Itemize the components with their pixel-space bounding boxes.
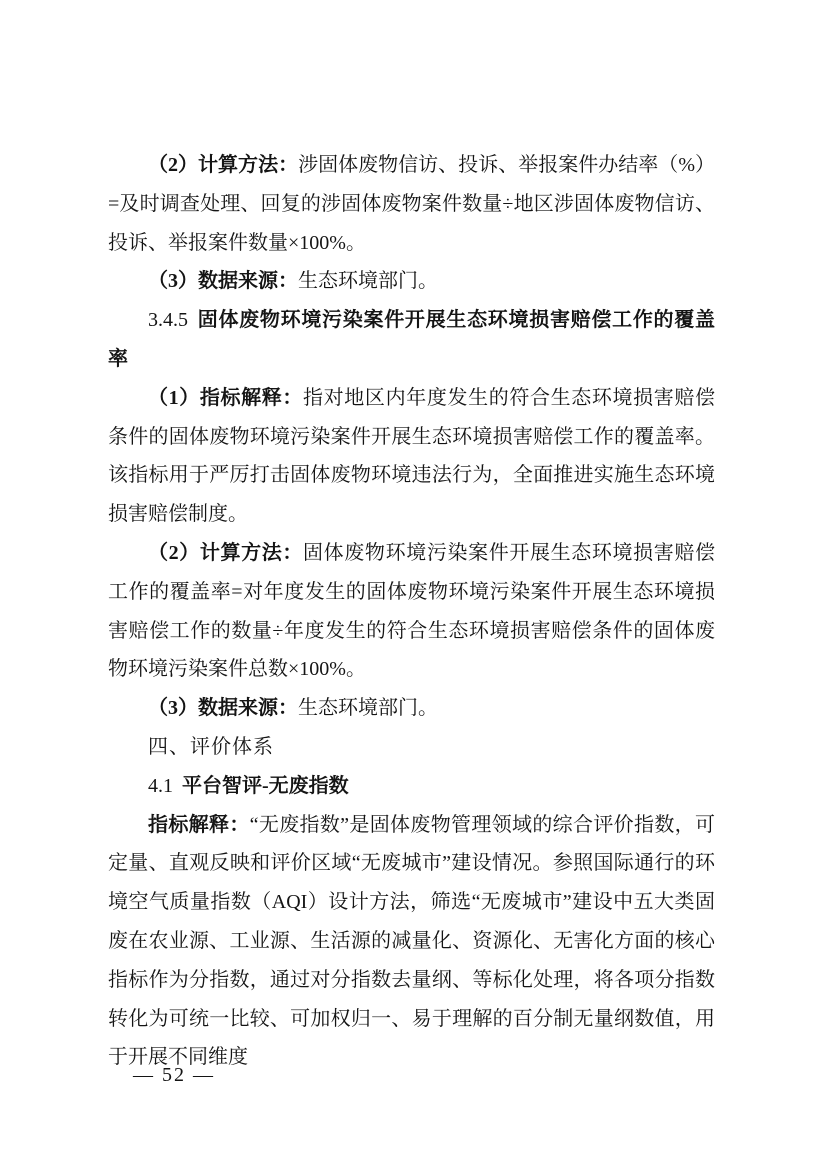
paragraph-text: 生态环境部门。 — [298, 697, 438, 719]
heading-title: 平台智评-无废指数 — [182, 775, 349, 797]
paragraph-data-source-1: （3）数据来源：生态环境部门。 — [108, 262, 715, 301]
paragraph-text: “无废指数”是固体废物管理领域的综合评价指数，可定量、直观反映和评价区域“无废城… — [108, 814, 715, 1069]
document-content: （2）计算方法：涉固体废物信访、投诉、举报案件办结率（%）=及时调查处理、回复的… — [108, 146, 715, 1077]
paragraph-calc-method-case-closure: （2）计算方法：涉固体废物信访、投诉、举报案件办结率（%）=及时调查处理、回复的… — [108, 146, 715, 262]
heading-3-4-5: 3.4.5固体废物环境污染案件开展生态环境损害赔偿工作的覆盖率 — [108, 301, 715, 379]
paragraph-label-calc-method: （2）计算方法： — [148, 542, 303, 564]
document-page: （2）计算方法：涉固体废物信访、投诉、举报案件办结率（%）=及时调查处理、回复的… — [0, 0, 826, 1169]
heading-section-4-evaluation-system: 四、评价体系 — [108, 728, 715, 767]
paragraph-indicator-explanation-1: （1）指标解释：指对地区内年度发生的符合生态环境损害赔偿条件的固体废物环境污染案… — [108, 379, 715, 534]
heading-4-1-waste-free-index: 4.1平台智评-无废指数 — [108, 767, 715, 806]
heading-number: 4.1 — [148, 775, 173, 797]
paragraph-calc-method-coverage: （2）计算方法：固体废物环境污染案件开展生态环境损害赔偿工作的覆盖率=对年度发生… — [108, 534, 715, 689]
paragraph-data-source-2: （3）数据来源：生态环境部门。 — [108, 689, 715, 728]
paragraph-label-data-source: （3）数据来源： — [148, 697, 298, 719]
paragraph-label-data-source: （3）数据来源： — [148, 270, 298, 292]
paragraph-label-indicator: （1）指标解释： — [148, 387, 303, 409]
heading-title: 固体废物环境污染案件开展生态环境损害赔偿工作的覆盖率 — [108, 309, 715, 370]
paragraph-indicator-explanation-index: 指标解释：“无废指数”是固体废物管理领域的综合评价指数，可定量、直观反映和评价区… — [108, 806, 715, 1078]
paragraph-text: 生态环境部门。 — [298, 270, 438, 292]
heading-title: 四、评价体系 — [148, 736, 274, 758]
page-number: — 52 — — [133, 1061, 215, 1089]
paragraph-label-indicator: 指标解释： — [148, 814, 250, 836]
heading-number: 3.4.5 — [148, 309, 188, 331]
paragraph-label-calc-method: （2）计算方法： — [148, 154, 298, 176]
